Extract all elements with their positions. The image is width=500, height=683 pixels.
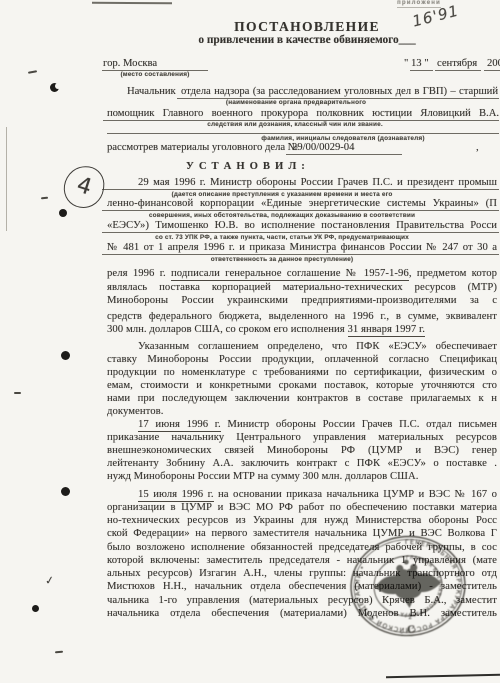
body-line: организации в ЦУМР и ВЭС МО РФ работ по …	[107, 501, 497, 515]
body-line: продукции по номенклатуре с требованиями…	[107, 366, 497, 380]
body-line-text: емам, стоимости и конкретными сроками по…	[107, 380, 497, 391]
body-line: нами при последующем заключении контракт…	[107, 392, 497, 406]
body-line-text: ставку Минобороны России продукции, опла…	[107, 354, 497, 365]
body-line-text: лейтенанту Зобнину А.А. заключить контра…	[107, 458, 497, 469]
pen-underlined-text: подписали генеральное соглашение № 1957-…	[171, 268, 409, 281]
hole-punch-dot	[59, 209, 67, 217]
body-line-text: ленно-финансовой корпорации «Единые энер…	[107, 198, 497, 209]
body-line: нужд Минобороны России МТР на сумму 300 …	[107, 470, 497, 484]
body-line: Указанным соглашением определено, что ПФ…	[107, 340, 497, 354]
body-line: 17 июня 1996 г. Министр обороны России Г…	[107, 418, 497, 432]
body-line-text: документов.	[107, 406, 163, 417]
body-line-text: но-технических ресурсов из Украины для н…	[107, 515, 497, 526]
body-line: 300 млн. долларов США, со сроком его исп…	[107, 323, 497, 337]
pen-underlined-text: 31 января 1997 г.	[348, 324, 426, 337]
body-line: «ЕЭСУ») Тимошенко Ю.В. во исполнение пос…	[107, 219, 497, 233]
body-line: средств федерального бюджета, выделенног…	[107, 310, 497, 324]
round-official-stamp: ГЕНЕРАЛЬНАЯ ПРОКУРАТУРА РОССИЙСКОЙ ФЕДЕР…	[342, 529, 473, 643]
handwritten-checkmark: ✓	[44, 573, 55, 587]
body-line-text: продукции по номенклатуре с требованиями…	[107, 367, 497, 378]
pen-underlined-text: 15 июля 1996 г.	[138, 489, 214, 502]
hole-punch-highlight	[55, 83, 61, 89]
body-line: приказание начальнику Центрального управ…	[107, 431, 497, 445]
body-line: лейтенанту Зобнину А.А. заключить контра…	[107, 457, 497, 471]
stamp-number: · 2 ·	[404, 614, 416, 622]
body-line-text: нами при последующем заключении контракт…	[107, 393, 497, 404]
body-line-text: организации в ЦУМР и ВЭС МО РФ работ по …	[107, 502, 497, 513]
body-line: реля 1996 г. подписали генеральное согла…	[107, 267, 497, 281]
hole-punch-dot	[32, 605, 39, 612]
body-line-text: реля 1996 г.	[107, 268, 171, 279]
body-line-text: на основании приказа начальника ЦУМР и В…	[214, 489, 497, 500]
body-line: ставку Минобороны России продукции, опла…	[107, 353, 497, 367]
body-line-text: 29 мая 1996 г. Министр обороны России Гр…	[138, 177, 497, 188]
body-line: 29 мая 1996 г. Министр обороны России Гр…	[107, 176, 497, 190]
pen-dash-mark	[41, 197, 48, 199]
body-line-text: средств федерального бюджета, выделенног…	[107, 311, 497, 322]
scan-edge-line	[6, 127, 7, 231]
body-line-text: 300 млн. долларов США, со сроком его исп…	[107, 324, 348, 335]
body-line-text: , предметом котор	[409, 268, 497, 279]
pen-underlined-text: 17 июня 1996 г.	[138, 419, 221, 432]
body-line-text: приказание начальнику Центрального управ…	[107, 432, 497, 443]
body-line: емам, стоимости и конкретными сроками по…	[107, 379, 497, 393]
body-line: внешнеэкономических связей Минобороны РФ…	[107, 444, 497, 458]
handwritten-circled-number: 4	[61, 163, 106, 210]
body-line-text: Министр обороны России Грачев П.С. отдал…	[221, 419, 497, 430]
body-line-text: нужд Минобороны России МТР на сумму 300 …	[107, 471, 418, 482]
stamp-letter: С	[407, 625, 416, 637]
body-line: являлась поставка корпорацией материальн…	[107, 281, 497, 295]
scanned-document-page: приложени 16'91 ПОСТАНОВЛЕНИЕ о привлече…	[0, 0, 500, 683]
body-line-text: «ЕЭСУ») Тимошенко Ю.В. во исполнение пос…	[107, 220, 497, 231]
body-line: но-технических ресурсов из Украины для н…	[107, 514, 497, 528]
form-caption: совершения, иных обстоятельства, подлежа…	[107, 212, 457, 219]
hole-punch-dot	[61, 351, 70, 360]
pen-dash-mark	[55, 651, 63, 653]
body-line-text: внешнеэкономических связей Минобороны РФ…	[107, 445, 497, 456]
body-line: 15 июля 1996 г. на основании приказа нач…	[107, 488, 497, 502]
body-line: документов.	[107, 405, 497, 419]
body-line: ленно-финансовой корпорации «Единые энер…	[107, 197, 497, 211]
pen-dash-mark	[14, 392, 21, 394]
body-line-text: Указанным соглашением определено, что ПФ…	[138, 341, 497, 352]
body-line-text: являлась поставка корпорацией материальн…	[107, 282, 497, 293]
body-line: № 481 от 1 апреля 1996 г. и приказа Мини…	[107, 241, 497, 255]
form-caption: ответственность за данное преступление)	[107, 256, 457, 263]
body-line-text: № 481 от 1 апреля 1996 г. и приказа Мини…	[107, 242, 497, 253]
hole-punch-dot	[61, 487, 70, 496]
body-line: Минобороны России украинскими предприяти…	[107, 294, 497, 308]
circled-number-text: 4	[71, 166, 97, 208]
form-caption: со ст. 73 УПК РФ, а также пункта, части,…	[107, 234, 457, 241]
pen-dash-mark	[28, 70, 37, 73]
body-line-text: Минобороны России украинскими предприяти…	[107, 295, 497, 306]
